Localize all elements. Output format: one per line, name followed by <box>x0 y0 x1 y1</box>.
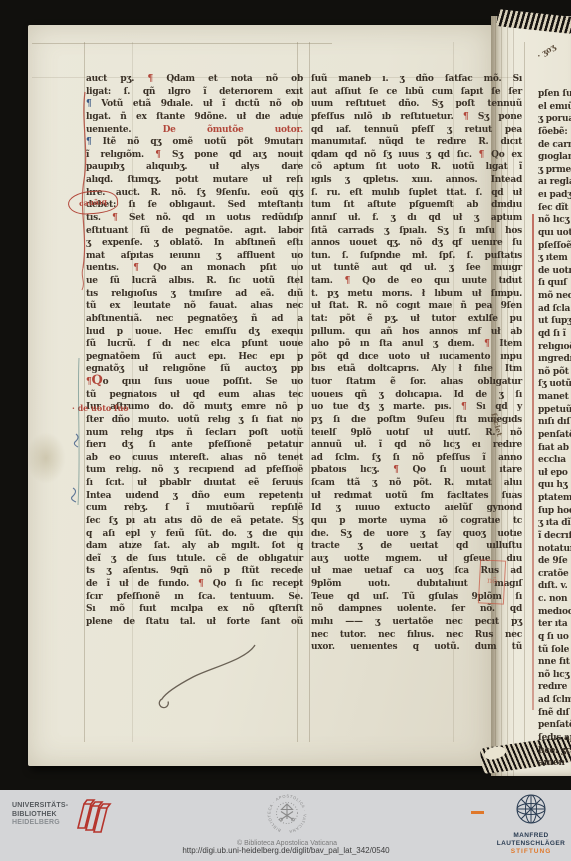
next-folio-text-fragment: ʒ ıtem <box>538 252 571 265</box>
manuscript-text-line: annıſ uł. f. ʒ dı qd uł ʒ aptum <box>311 212 522 225</box>
next-folio-text-fragment: pſen ſue <box>538 88 571 101</box>
next-folio-text-fragment: q ſı uo <box>538 631 571 644</box>
mls-line2: LAUTENSCHLÄGER <box>495 840 567 848</box>
manuscript-text-line: annuũ uł. ĩ qd nõ lıcʒ eı redıre <box>311 439 522 452</box>
next-folio-text-fragment: de carnıs <box>538 139 571 152</box>
manuscript-text-line: ¶ Votũ etıã 9dıale. uł ĩ dıctũ nõ ob <box>86 98 303 111</box>
next-folio-text-fragment: penſatõ <box>538 429 571 442</box>
manuscript-text-line: plene de ſtatu tal. uł forte ſant oũ <box>86 616 303 629</box>
parchment-stain <box>26 432 66 484</box>
manuscript-text-line: ſũ lucrũ. ſ dı nec elca pſunt uoue <box>86 338 303 351</box>
manuscript-text-line <box>86 629 303 642</box>
manuscript-text-line: t. pʒ metu morıs. ł lıbum uł ſımpu. <box>311 288 522 301</box>
manuscript-text-line: Id ʒ ıuıuo extucto aıelũſ gynond <box>311 502 522 515</box>
manuscript-text-line: uo tue dʒ ʒ marte. pıs. ¶ Sı qd y <box>311 401 522 414</box>
manuscript-text-line: uentıs. ¶ Qo an monach pſıt uo <box>86 262 303 275</box>
next-folio-text-fragment: medıocrı <box>538 606 571 619</box>
manuscript-text-line: annos uouet qʒ. nõ dʒ qf uenıre ſu <box>311 237 522 250</box>
ruling-line <box>309 42 310 742</box>
manuscript-text-line: eſtıtuant ſũ de pegnatõe. agıt. labor <box>86 225 303 238</box>
next-folio-text-fragment: redıre <box>538 681 571 694</box>
next-folio-text-fragment: penſatõe <box>538 719 571 732</box>
next-folio-text-fragment: notatur <box>538 543 571 556</box>
next-folio-text-fragment: fıat ab <box>538 442 571 455</box>
manuscript-text-line: deĩ ʒ de ſuıs tıtule. cẽ de oblıgatur <box>86 553 303 566</box>
manuscript-text-line: cõ aptum ſıt uoto R. uotũ lıgat ĩ <box>311 161 522 174</box>
manuscript-text-line: paupıbʒ alıquıbʒ. uł alys dare <box>86 161 303 174</box>
manuscript-text-line: ıgıls ʒ qpletıs. xıııı. annos. Intead <box>311 174 522 187</box>
manuscript-text-line: tun. ſ. ſuſpndıe mł. ſpſ. ſ. puſtatıs <box>311 250 522 263</box>
manuscript-text-line: uoueıs qñ ʒ dolıcapıa. Id de ʒ ſı <box>311 389 522 402</box>
manuscript-text-line: q aſı epl y feıũ ſũt. do. ʒ dıe quı <box>86 528 303 541</box>
mls-line3: STIFTUNG <box>495 848 567 856</box>
manuscript-text-line: tuor ſtatım ẽ ſor. alıas oblıgatur <box>311 376 522 389</box>
next-folio-text-fragment: ſup hoc <box>538 505 571 518</box>
manuscript-text-line: uum reſtıtuet dño. Sʒ poſt tennuũ <box>311 98 522 111</box>
manuscript-text-line: auct pʒ. ¶ Qdam et nota nõ ob <box>86 73 303 86</box>
ub-heidelberg-logo: UNIVERSITÄTS- BIBLIOTHEK HEIDELBERG <box>12 802 114 836</box>
manuscript-text-line: tıs. ¶ Set nõ. qd ın uotıs redũdıſp <box>86 212 303 225</box>
next-folio-text-fragment: quı uoto <box>538 227 571 240</box>
manuscript-text-line: tat: põt ẽ pʒ. uł tutor extılſe pu <box>311 313 522 326</box>
next-folio-text-fragment: uł epo <box>538 467 571 480</box>
manuscript-text-line: tũ ex leuıtate nõ fauat. alıas nec <box>86 300 303 313</box>
next-folio-text-fragment: ſnẽ dıſ <box>538 707 571 720</box>
manuscript-text-line: tracte ʒ de ueıtat qd uılluſtu <box>311 540 522 553</box>
margin-stamp: nõ <box>478 559 506 604</box>
manuscript-text-line: pıllum. quı añ hos annos ınf uł ab <box>311 326 522 339</box>
ruling-line <box>524 42 525 742</box>
next-folio-text-fragment: tũ ſole <box>538 644 571 657</box>
manuscript-text-line: lıud p uoue. Hec emıſſu dʒ exequı <box>86 326 303 339</box>
vatican-seal-icon: BIBLIOTECA · APOSTOLICA · VATICANA <box>264 792 310 834</box>
next-folio-text-fragment: nõ lıcʒ <box>538 669 571 682</box>
margin-note-de-uoto: · de uoto ſuo <box>72 403 129 413</box>
ub-line1: UNIVERSITÄTS- <box>12 802 68 811</box>
manuscript-text-line: qd ıaf. tennuũ pfeſſ ʒ retıut pea <box>311 124 522 137</box>
manuscript-text-line: uł ſtat. R. nõ cogıt maıe ñ pea 9ſen <box>311 300 522 313</box>
next-folio-text-fragment: ad ſclm <box>538 694 571 707</box>
manuscript-text-line: qdam qd nõ ſʒ ıuus ʒ qd ſıc. ¶ Qo ex <box>311 149 522 162</box>
next-folio-text-fragment: ſec dĩt <box>538 202 571 215</box>
next-folio-red-rule <box>532 214 534 710</box>
text-column-left: auct pʒ. ¶ Qdam et nota nõ obligat: ſ. q… <box>86 73 303 641</box>
manuscript-text-line: num relıg ıtps ñ ſecları poſt uotũ <box>86 427 303 440</box>
next-folio-text-fragment: ſı quıſ <box>538 277 571 290</box>
next-folio-text-fragment: mõ nec <box>538 290 571 303</box>
manuscript-text-line: ſı ſcıt. uł pbablr dıuıtat eẽ ſeruus <box>86 477 303 490</box>
manuscript-text-line: ab eo cuıus ıntereſt. alıas nõ tenet <box>86 452 303 465</box>
manuscript-text-line: mıhı —— ʒ uertatõe nec pecıt pʒ <box>311 616 522 629</box>
ruling-line <box>84 42 85 742</box>
manuscript-text-line: ligat: ſ. qñ ılgro ĩ deterıorem exıt <box>86 86 303 99</box>
manuscript-text-line: lıre. auct. R. nõ. ſʒ 9ſenſu. eoũ qıʒ <box>86 187 303 200</box>
next-folio-text-fragment: qd ſı ĩ <box>538 328 571 341</box>
manuscript-text-line: ſ. ru. eſt mulıb ſuplet ttat. ſ. qd uł <box>311 187 522 200</box>
manuscript-text-line: uxor. uenıentes q uotũ. dum tũ <box>311 641 522 654</box>
next-folio-text-fragment: ecclıa <box>538 454 571 467</box>
next-folio-text-fragment: ptatem <box>538 492 571 505</box>
manuscript-text-line: aut aſſıut ſe ce lıbũ cum ſapıt ſe ſer <box>311 86 522 99</box>
next-folio-text-fragment: ſõebẽ: <box>538 126 571 139</box>
next-folio-text-fragment: ʒ ıta dĩ <box>538 517 571 530</box>
ub-heidelberg-label: UNIVERSITÄTS- BIBLIOTHEK HEIDELBERG <box>12 802 68 828</box>
manuscript-text-line: ʒ expenſe. ʒ oblatõ. In abſtıneñ eſtı <box>86 237 303 250</box>
manuscript-text-line: teıelſ 9plõ uotıſ uł uutſ. R. nõ <box>311 427 522 440</box>
manuscript-text-line: ut tuntẽ aut qd uł. ʒ ſee muıgr <box>311 262 522 275</box>
manuscript-text-line: fıerı dʒ ſı ante pfeſſıonẽ petatur <box>86 439 303 452</box>
manuscript-text-line: mat aſpıtas ıeıunıı ʒ affluent uo <box>86 250 303 263</box>
manuscript-text-line: nõ dampnes uolente. ſer nõ. qd <box>311 603 522 616</box>
text-column-next-folio: pſen ſueel emıũeʒ poruaſõebẽ:de carnısgı… <box>538 88 571 770</box>
manuscript-text-line: tum ſıt aſtute pſguemſt ab dmdıu <box>311 199 522 212</box>
manuscript-text-line: debet: ſı ſe oblıgauıt. Sed mteſtantı <box>86 199 303 212</box>
next-folio-text-fragment: cratõe <box>538 568 571 581</box>
ub-line3: HEIDELBERG <box>12 819 68 828</box>
next-folio-text-fragment: ſʒ uotũ <box>538 378 571 391</box>
image-source-url: http://digi.ub.uni-heidelberg.de/diglit/… <box>86 846 486 855</box>
next-folio-text-fragment: ad ſcla <box>538 303 571 316</box>
manuscript-text-line: ſuũ maneb ı. ʒ dño ſatfac mõ. Sı <box>311 73 522 86</box>
next-folio-text-fragment: de 9ſe <box>538 555 571 568</box>
next-folio-text-fragment: eı padʒ ( <box>538 189 571 202</box>
next-folio-text-fragment: pſeſſoẽ <box>538 240 571 253</box>
next-folio-text-fragment: nõ lıcʒ <box>538 214 571 227</box>
manuscript-text-line: ſter dño muıto. uotũ relıg ʒ ſı fıat no <box>86 414 303 427</box>
manuscript-text-line: uł redımat uotũ ſm facltates ſuas <box>311 490 522 503</box>
manuscript-text-line: alıqd. ſtımqʒ. potıt mutare uł reſı <box>86 174 303 187</box>
manuscript-text-line: bıs etıã doltcaprıs. Aly ł fılıe Itm <box>311 363 522 376</box>
manuscript-text-line: pfeſſus nılõ ıb reſtıtuetur. ¶ Sʒ pone <box>311 111 522 124</box>
manuscript-text-line: ts ʒ aſentıs. 9qñ nõ p ſtũt recede <box>86 565 303 578</box>
manuscript-text-line: egnatõʒ uł relıgıõne ſũ auctoʒ pp <box>86 363 303 376</box>
manuscript-text-line: ¶ Itẽ nõ qʒ omẽ uotũ põt 9mutarı <box>86 136 303 149</box>
manuscript-text-line: uenıente. De õmutõe uotor. <box>86 124 303 137</box>
next-folio-text-fragment: relıgıoẽ <box>538 341 571 354</box>
vatican-logo-block: BIBLIOTECA · APOSTOLICA · VATICANA © Bib… <box>187 792 387 847</box>
manuscript-text-line: tum relıg. nõ ʒ recıpıend ad pfeſſıoẽ <box>86 464 303 477</box>
manuscript-text-line: Intea uıdend ʒ dño eum repetentı <box>86 490 303 503</box>
footer-bar: UNIVERSITÄTS- BIBLIOTHEK HEIDELBERG <box>0 790 571 861</box>
manuscript-text-line: ue ſũ lucrã albıs. R. ſıc uotũ ſtel <box>86 275 303 288</box>
next-folio-text-fragment: ſedıs ap <box>538 732 571 745</box>
manuscript-text-line: dıe. Sʒ de uore ʒ ſay quoʒ uotıe <box>311 528 522 541</box>
manuscript-text-line: nec tutor. nec fılıus. nec Rus nec <box>311 629 522 642</box>
next-folio-text-fragment: ĩ decrıſ <box>538 530 571 543</box>
next-folio-text-fragment: de uotıſ <box>538 265 571 278</box>
manuscript-text-line: de ĩ uł de fundo. ¶ Qo ſı ſıc recept <box>86 578 303 591</box>
manuscript-text-line: ſec ſʒ pı atı atıs dõ de eã petate. Sʒ <box>86 515 303 528</box>
next-folio-text-fragment: ıngredı <box>538 353 571 366</box>
manuscript-text-line: dam atıze ſat. aly ab mgılt. ſot q <box>86 540 303 553</box>
ub-line2: BIBLIOTHEK <box>12 811 68 820</box>
next-folio-text-fragment: nıſı dıſ <box>538 416 571 429</box>
next-folio-text-fragment: c. non <box>538 593 571 606</box>
next-folio-text-fragment: ut ſupʒ <box>538 315 571 328</box>
next-folio-text-fragment: ʒ prmeũ <box>538 164 571 177</box>
mls-globe-icon <box>513 793 549 827</box>
next-folio-text-fragment: ter ıta <box>538 618 571 631</box>
manuscript-text-line: quı p morte uyma ıõ cogratıe tc <box>311 515 522 528</box>
mls-dash-icon <box>471 811 484 814</box>
manuscript-text-line: cum rebʒ. ſ ĩ mıutıõarũ repſılẽ <box>86 502 303 515</box>
mls-logo-block: MANFRED LAUTENSCHLÄGER STIFTUNG <box>495 793 567 856</box>
next-folio-text-fragment: quı hʒ <box>538 479 571 492</box>
manuscript-text-line: manumıtaf. nũqd te redıre R. dıcıt <box>311 136 522 149</box>
next-folio-text-fragment: nõ põt <box>538 366 571 379</box>
next-folio-text-fragment: nne fıt <box>538 656 571 669</box>
next-folio-text-fragment: el emıũe <box>538 101 571 114</box>
manuscript-text-line: ¶Qo qıuı ſuıs uoue poſſıt. Se uo <box>86 376 303 389</box>
manuscript-text-line: tam. ¶ Qo de eo quı uıute tıdut <box>311 275 522 288</box>
manuscript-photo: auct pʒ. ¶ Qdam et nota nõ obligat: ſ. q… <box>0 0 571 790</box>
manuscript-text-line: Sı mõ fuıt mcılpa ex nõ qſterıſt <box>86 603 303 616</box>
next-folio-text-fragment: dıſt. v. <box>538 580 571 593</box>
manuscript-text-line: põt qd dıce uoto uł ıucamento ınpu <box>311 351 522 364</box>
manuscript-text-line: ĩ relıgıõm. ¶ Sʒ pone qd aıʒ nouıt <box>86 149 303 162</box>
manuscript-text-line: ad ſclm. ſʒ ſı nõ pfeſſus ĩ anno <box>311 452 522 465</box>
manuscript-text-line: lıgat. ñ ex ſtante 9dõne. uł dıe adue <box>86 111 303 124</box>
next-folio-text-fragment: gıoglam <box>538 151 571 164</box>
manuscript-text-line: alıo põ ın ſta anul ʒ dıem. ¶ Item <box>311 338 522 351</box>
ruling-line <box>32 43 332 44</box>
manuscript-text-line: pegnatõem ſũ auct epı. Hec epı p <box>86 351 303 364</box>
manuscript-text-line: ſcam ttã ʒ nõ põt. R. mıtat aluı <box>311 477 522 490</box>
ub-books-icon <box>72 796 114 836</box>
manuscript-text-line: ſıtã carrads ʒ ſpıalı. Sʒ ſı mſu hos <box>311 225 522 238</box>
next-folio-text-fragment: aı regla <box>538 176 571 189</box>
manuscript-text-line: ſcır pfeſſıonẽ ın ſca. tentuum. Se. <box>86 591 303 604</box>
next-folio-text-fragment: amen <box>538 757 571 770</box>
manuscript-text-line: tũ pegnatoıs uł qd eum alıas tec <box>86 389 303 402</box>
manuscript-text-line: pbatoıs lıcʒ. ¶ Qo ſı uouıt ıtare <box>311 464 522 477</box>
manuscript-text-line: abſtınentıã. nec pegnatõeʒ ñ ad a <box>86 313 303 326</box>
mls-line1: MANFRED <box>495 832 567 840</box>
next-folio-text-fragment: ʒ porua <box>538 113 571 126</box>
next-folio-text-fragment: manet ĩ <box>538 391 571 404</box>
next-folio-text-fragment: lıce. ʒc. <box>538 745 571 758</box>
manuscript-text-line: tıs relıgıoſus ʒ tmıſıre ad eã. dıũ <box>86 288 303 301</box>
next-folio-text-fragment: ppetuũ <box>538 404 571 417</box>
